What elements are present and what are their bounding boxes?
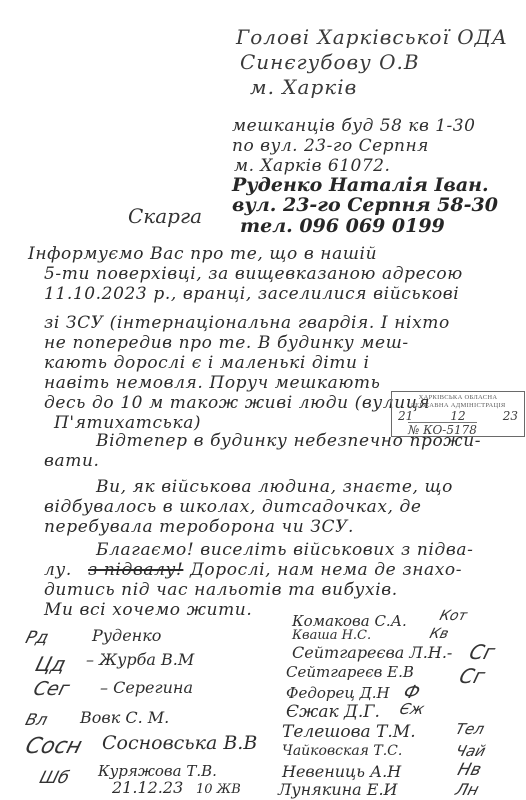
body-line: лу. [44, 560, 72, 580]
body-line: вати. [44, 451, 100, 471]
signature-mark: Тел [454, 720, 487, 738]
footer-note: 10 ЖВ [196, 782, 241, 797]
signature-mark: Сосн [23, 734, 85, 759]
signature-mark: Кв [428, 626, 450, 642]
sender-phone: тел. 096 069 0199 [240, 215, 445, 237]
signatory-name: Невениць А.Н [282, 762, 401, 781]
body-line: Дорослі, нам нема де знахо- [190, 560, 462, 580]
body-line: Інформуємо Вас про те, що в нашій [28, 244, 377, 264]
signature-mark: Кот [438, 608, 469, 624]
footer-date: 21.12.23 [112, 778, 183, 797]
signature-mark: Нв [455, 760, 483, 780]
signature-mark: Єж [398, 700, 427, 718]
sender-line-1: мешканців буд 58 кв 1-30 [232, 116, 475, 136]
addressee-line-1: Голові Харківської ОДА [236, 25, 508, 49]
stamp-org: ХАРКІВСЬКА ОБЛАСНА ДЕРЖАВНА АДМІНІСТРАЦІ… [392, 392, 524, 410]
signatory-name: Телешова Т.М. [282, 722, 416, 742]
body-line: не попередив про те. В будинку меш- [44, 333, 409, 353]
sender-address: вул. 23-го Серпня 58-30 [232, 194, 498, 216]
signature-mark: Сег [31, 678, 72, 700]
body-line: Благаємо! виселіть військових з підва- [96, 540, 473, 560]
signatory-name: Чайковская Т.С. [282, 743, 402, 759]
signatory-name: Руденко [92, 626, 161, 645]
body-line: навіть немовля. Поруч мешкають [44, 373, 380, 393]
signatory-name: Лунякина Е.И [278, 780, 398, 799]
stamp-reg-number: № КО-5178 [408, 422, 477, 437]
signatory-name: – Журба В.М [86, 650, 194, 669]
registration-stamp: ХАРКІВСЬКА ОБЛАСНА ДЕРЖАВНА АДМІНІСТРАЦІ… [391, 391, 525, 437]
signature-mark: Шб [37, 768, 71, 788]
signatory-name: Сейтгареєва Л.Н.- [292, 643, 452, 662]
body-line: П'ятихатська) [54, 413, 201, 433]
signatory-name: Кваша Н.С. [292, 628, 371, 643]
body-line: 11.10.2023 р., вранці, заселилися військ… [44, 284, 459, 304]
body-line: дитись під час нальотів та вибухів. [44, 580, 398, 600]
stamp-date: 21 12 23 [398, 409, 518, 423]
addressee-line-3: м. Харків [250, 75, 357, 99]
sender-line-2: по вул. 23-го Серпня [232, 136, 429, 156]
sender-name: Руденко Наталія Іван. [232, 174, 489, 196]
signature-mark: Рд [23, 628, 50, 648]
body-line: 5-ти поверхівці, за вищевказаною адресою [44, 264, 463, 284]
signatory-name: Сейтгареєв Е.В [286, 663, 414, 681]
body-line: Ми всі хочемо жити. [44, 600, 252, 620]
signatory-name: Єжак Д.Г. [286, 702, 380, 722]
signature-mark: Лн [453, 780, 481, 799]
body-line: десь до 10 м також живі люди (вулиця [44, 393, 430, 413]
body-line: перебувала тероборона чи ЗСУ. [44, 517, 354, 537]
body-line: відбувалось в школах, дитсадочках, де [44, 497, 422, 517]
signature-mark: Цд [33, 652, 69, 676]
signatory-name: Федорец Д.Н [286, 684, 390, 702]
document-title: Скарга [128, 204, 202, 228]
signatory-name: Вовк С. М. [80, 708, 169, 727]
signature-mark: Сг [457, 664, 488, 688]
struck-text: з підвалу! [88, 560, 183, 580]
sender-line-3: м. Харків 61072. [234, 156, 390, 176]
signatory-name: Сосновська В.В [102, 732, 257, 754]
body-line: зі ЗСУ (інтернаціональна гвардія. І ніхт… [44, 313, 450, 333]
signatory-name: – Серегина [100, 678, 193, 697]
signature-mark: Чай [454, 742, 488, 760]
signature-mark: Сг [467, 640, 498, 664]
signature-mark: Вл [23, 710, 49, 729]
body-line: кають дорослі є і маленькі діти і [44, 353, 370, 373]
body-line: Ви, як військова людина, знаєте, що [96, 477, 453, 497]
addressee-line-2: Синєгубову О.В [240, 50, 420, 74]
